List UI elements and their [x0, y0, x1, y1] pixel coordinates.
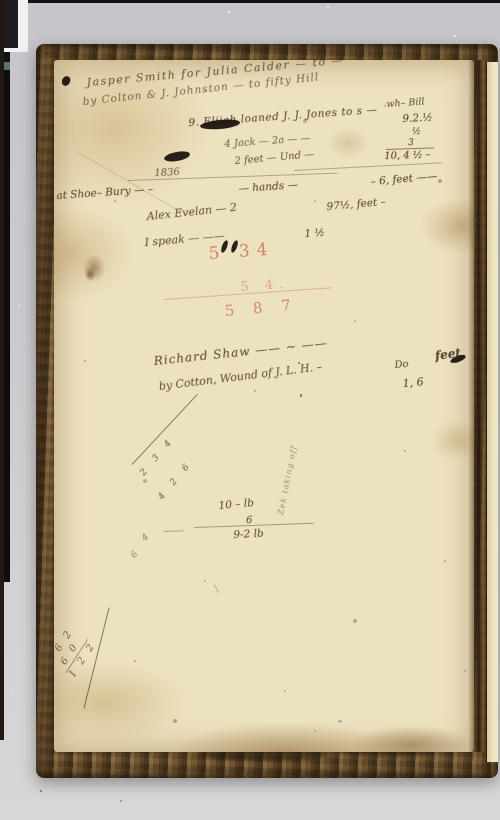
handwritten-figure: 3 — [408, 138, 414, 148]
rotated-sum: 6 2 6 0 1 2 2 — [45, 626, 99, 681]
rotated-side-note: Zek taking off — [276, 445, 298, 516]
handwritten-figure: 9.2.½ — [402, 111, 433, 125]
red-crayon-figure: 5 34 — [208, 239, 275, 264]
blue-dot — [298, 362, 300, 364]
handwritten-entry: 2 feet — Und — — [234, 149, 315, 167]
handwritten-entry: — hands — — [238, 179, 298, 195]
handwritten-entry: – 6, feet —— — [370, 170, 438, 188]
stray-figure: 4 — [140, 532, 151, 543]
handwritten-entry: Do — [394, 359, 409, 371]
handwritten-figure: 1, 6 — [402, 375, 424, 390]
ink-blot — [60, 75, 71, 87]
handwritten-figure: ½ — [412, 127, 421, 137]
handwritten-figure: 1 ½ — [304, 227, 325, 240]
fraction-result: 9-2 lb — [233, 527, 264, 541]
handwritten-entry: Alex Evelan — 2 — [146, 201, 237, 223]
handwritten-entry: at Shoe– Bury — – — [56, 183, 153, 202]
blue-dot — [300, 394, 302, 397]
diagonal-figures: 2 3 4 — [138, 435, 176, 478]
fraction-dash — [164, 530, 184, 532]
handwriting-layer: Jasper Smith for Julia Calder — to — by … — [0, 0, 500, 820]
stray-figure: 6 — [129, 550, 140, 561]
blue-mark: ⌃ — [335, 717, 346, 731]
ink-blot — [163, 150, 190, 163]
red-crayon-figure: 5 8 7 — [224, 296, 298, 320]
handwritten-year: 1836 — [154, 167, 180, 179]
fraction-numerator: 10 – lb — [218, 497, 254, 512]
scanner-background: Jasper Smith for Julia Calder — to — by … — [0, 0, 500, 820]
handwritten-entry: 4 Jack — 2a — — — [224, 133, 311, 150]
diagonal-figures: 4 2 6 — [156, 459, 194, 502]
handwritten-entry: 97½, feet – — [326, 196, 386, 213]
strike-line — [294, 162, 442, 171]
handwritten-entry: wh– Bill — [386, 96, 425, 110]
handwritten-total: 10, 4 ½ – — [384, 149, 431, 162]
stray-stroke — [214, 584, 220, 593]
